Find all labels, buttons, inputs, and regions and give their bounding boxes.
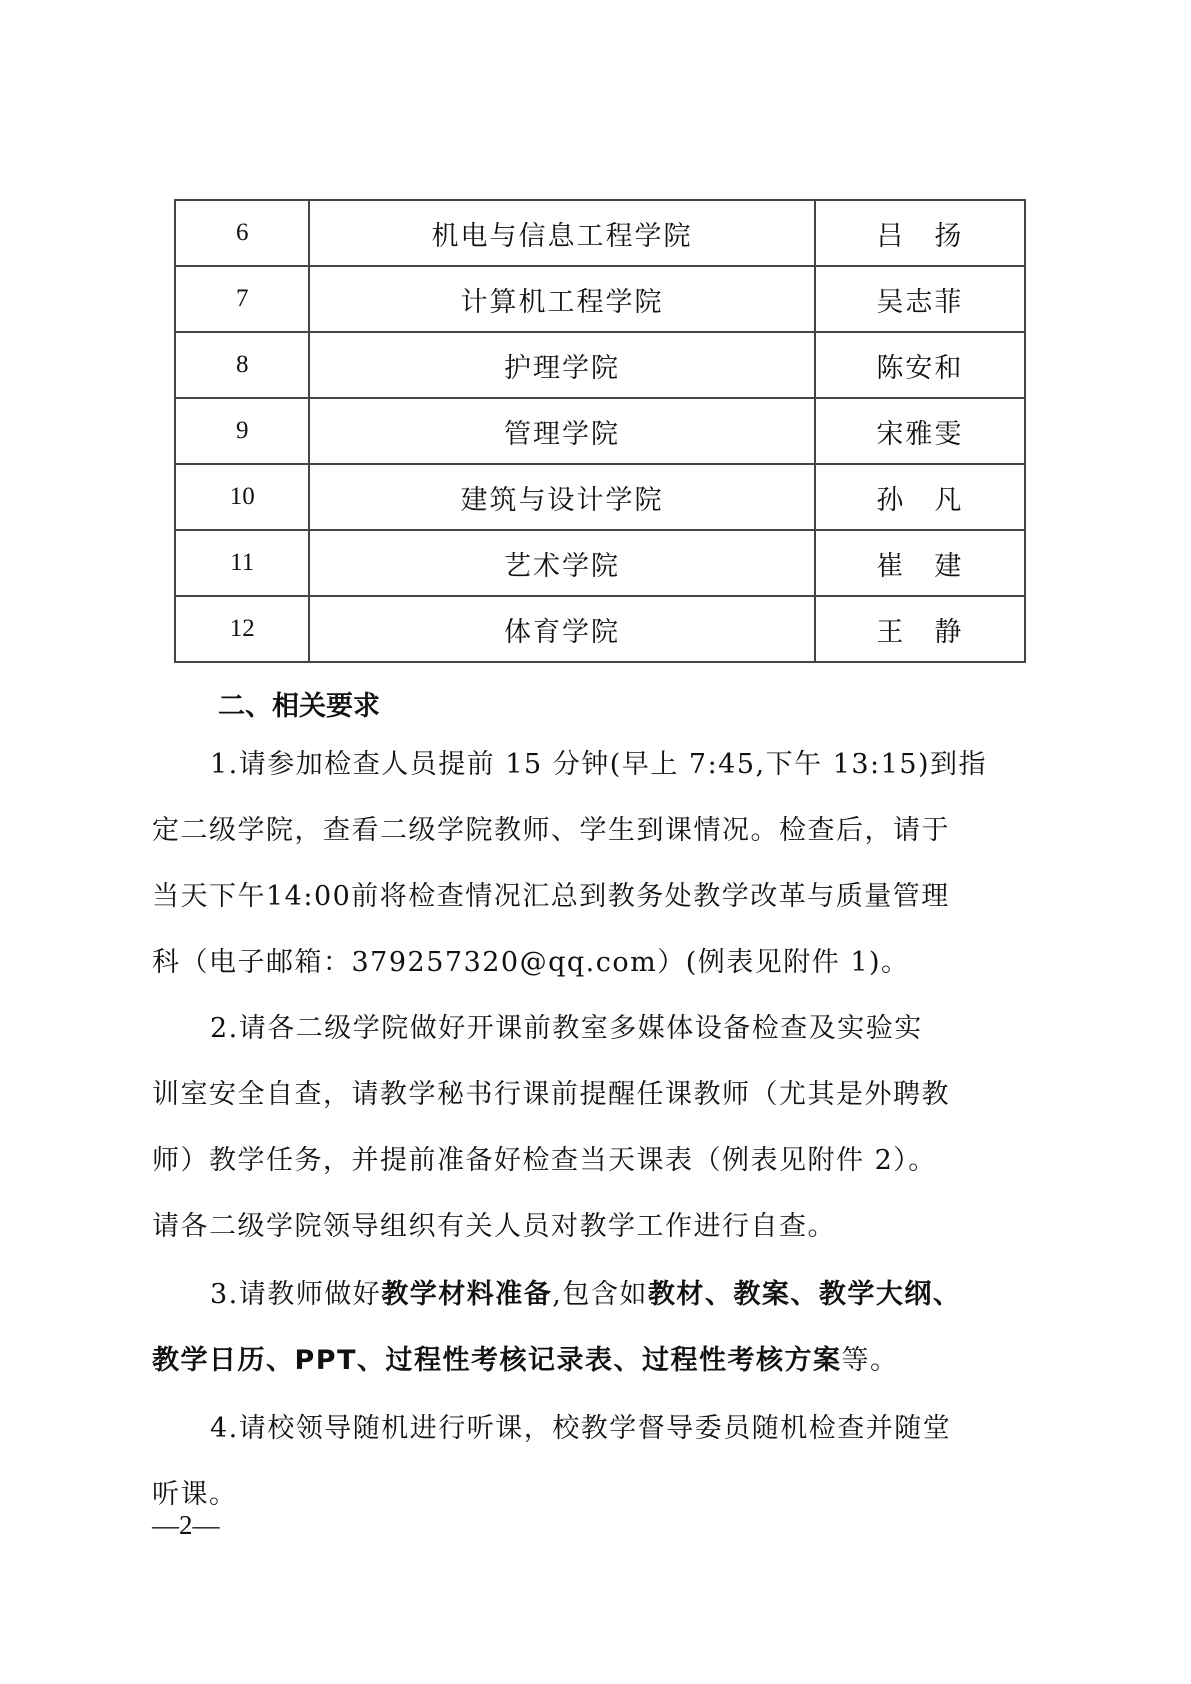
table-row: 11 艺术学院 崔 建	[175, 530, 1025, 596]
section-heading: 二、相关要求	[218, 684, 380, 723]
document-page: 6 机电与信息工程学院 吕 扬 7 计算机工程学院 吴志菲 8 护理学院 陈安和…	[0, 0, 1191, 1684]
inspector-name: 吴志菲	[815, 266, 1025, 332]
table-row: 7 计算机工程学院 吴志菲	[175, 266, 1025, 332]
inspector-name: 陈安和	[815, 332, 1025, 398]
table-row: 10 建筑与设计学院 孙 凡	[175, 464, 1025, 530]
row-number: 9	[175, 398, 309, 464]
inspection-roster-table: 6 机电与信息工程学院 吕 扬 7 计算机工程学院 吴志菲 8 护理学院 陈安和…	[174, 199, 1026, 663]
inspector-name: 王 静	[815, 596, 1025, 662]
text-line: 师）教学任务，并提前准备好检查当天课表（例表见附件 2）。	[152, 1128, 1052, 1194]
college-name: 体育学院	[309, 596, 814, 662]
text-line: 定二级学院，查看二级学院教师、学生到课情况。检查后，请于	[152, 798, 1052, 864]
row-number: 11	[175, 530, 309, 596]
table-row: 12 体育学院 王 静	[175, 596, 1025, 662]
text-line: 教学日历、PPT、过程性考核记录表、过程性考核方案等。	[152, 1328, 1052, 1394]
inspector-name: 宋雅雯	[815, 398, 1025, 464]
inspector-name: 崔 建	[815, 530, 1025, 596]
college-name: 管理学院	[309, 398, 814, 464]
text-line: 1.请参加检查人员提前 15 分钟(早上 7:45,下午 13:15)到指	[152, 732, 1052, 798]
requirement-item-3: 3.请教师做好教学材料准备,包含如教材、教案、教学大纲、 教学日历、PPT、过程…	[152, 1262, 1052, 1394]
bold-text: 教学材料准备	[381, 1279, 552, 1310]
college-name: 护理学院	[309, 332, 814, 398]
table-row: 8 护理学院 陈安和	[175, 332, 1025, 398]
inspector-name: 孙 凡	[815, 464, 1025, 530]
row-number: 7	[175, 266, 309, 332]
row-number: 10	[175, 464, 309, 530]
bold-text: 教学日历、PPT、过程性考核记录表、过程性考核方案	[152, 1345, 842, 1376]
text-line: 当天下午14:00前将检查情况汇总到教务处教学改革与质量管理	[152, 864, 1052, 930]
requirement-item-2: 2.请各二级学院做好开课前教室多媒体设备检查及实验实 训室安全自查，请教学秘书行…	[152, 996, 1052, 1260]
college-name: 计算机工程学院	[309, 266, 814, 332]
inspector-name: 吕 扬	[815, 200, 1025, 266]
row-number: 6	[175, 200, 309, 266]
requirement-item-4: 4.请校领导随机进行听课，校教学督导委员随机检查并随堂 听课。	[152, 1396, 1052, 1528]
bold-text: 教材、教案、教学大纲、	[648, 1279, 962, 1310]
row-number: 12	[175, 596, 309, 662]
text-line: 3.请教师做好教学材料准备,包含如教材、教案、教学大纲、	[152, 1262, 1052, 1328]
college-name: 艺术学院	[309, 530, 814, 596]
text-line: 请各二级学院领导组织有关人员对教学工作进行自查。	[152, 1194, 1052, 1260]
text-line: 听课。	[152, 1462, 1052, 1528]
requirement-item-1: 1.请参加检查人员提前 15 分钟(早上 7:45,下午 13:15)到指 定二…	[152, 732, 1052, 996]
text-line: 4.请校领导随机进行听课，校教学督导委员随机检查并随堂	[152, 1396, 1052, 1462]
table-row: 6 机电与信息工程学院 吕 扬	[175, 200, 1025, 266]
college-name: 建筑与设计学院	[309, 464, 814, 530]
college-name: 机电与信息工程学院	[309, 200, 814, 266]
text-line: 2.请各二级学院做好开课前教室多媒体设备检查及实验实	[152, 996, 1052, 1062]
table-row: 9 管理学院 宋雅雯	[175, 398, 1025, 464]
text-line: 科（电子邮箱：379257320@qq.com）(例表见附件 1)。	[152, 930, 1052, 996]
text-line: 训室安全自查，请教学秘书行课前提醒任课教师（尤其是外聘教	[152, 1062, 1052, 1128]
page-number: —2—	[152, 1510, 220, 1541]
row-number: 8	[175, 332, 309, 398]
